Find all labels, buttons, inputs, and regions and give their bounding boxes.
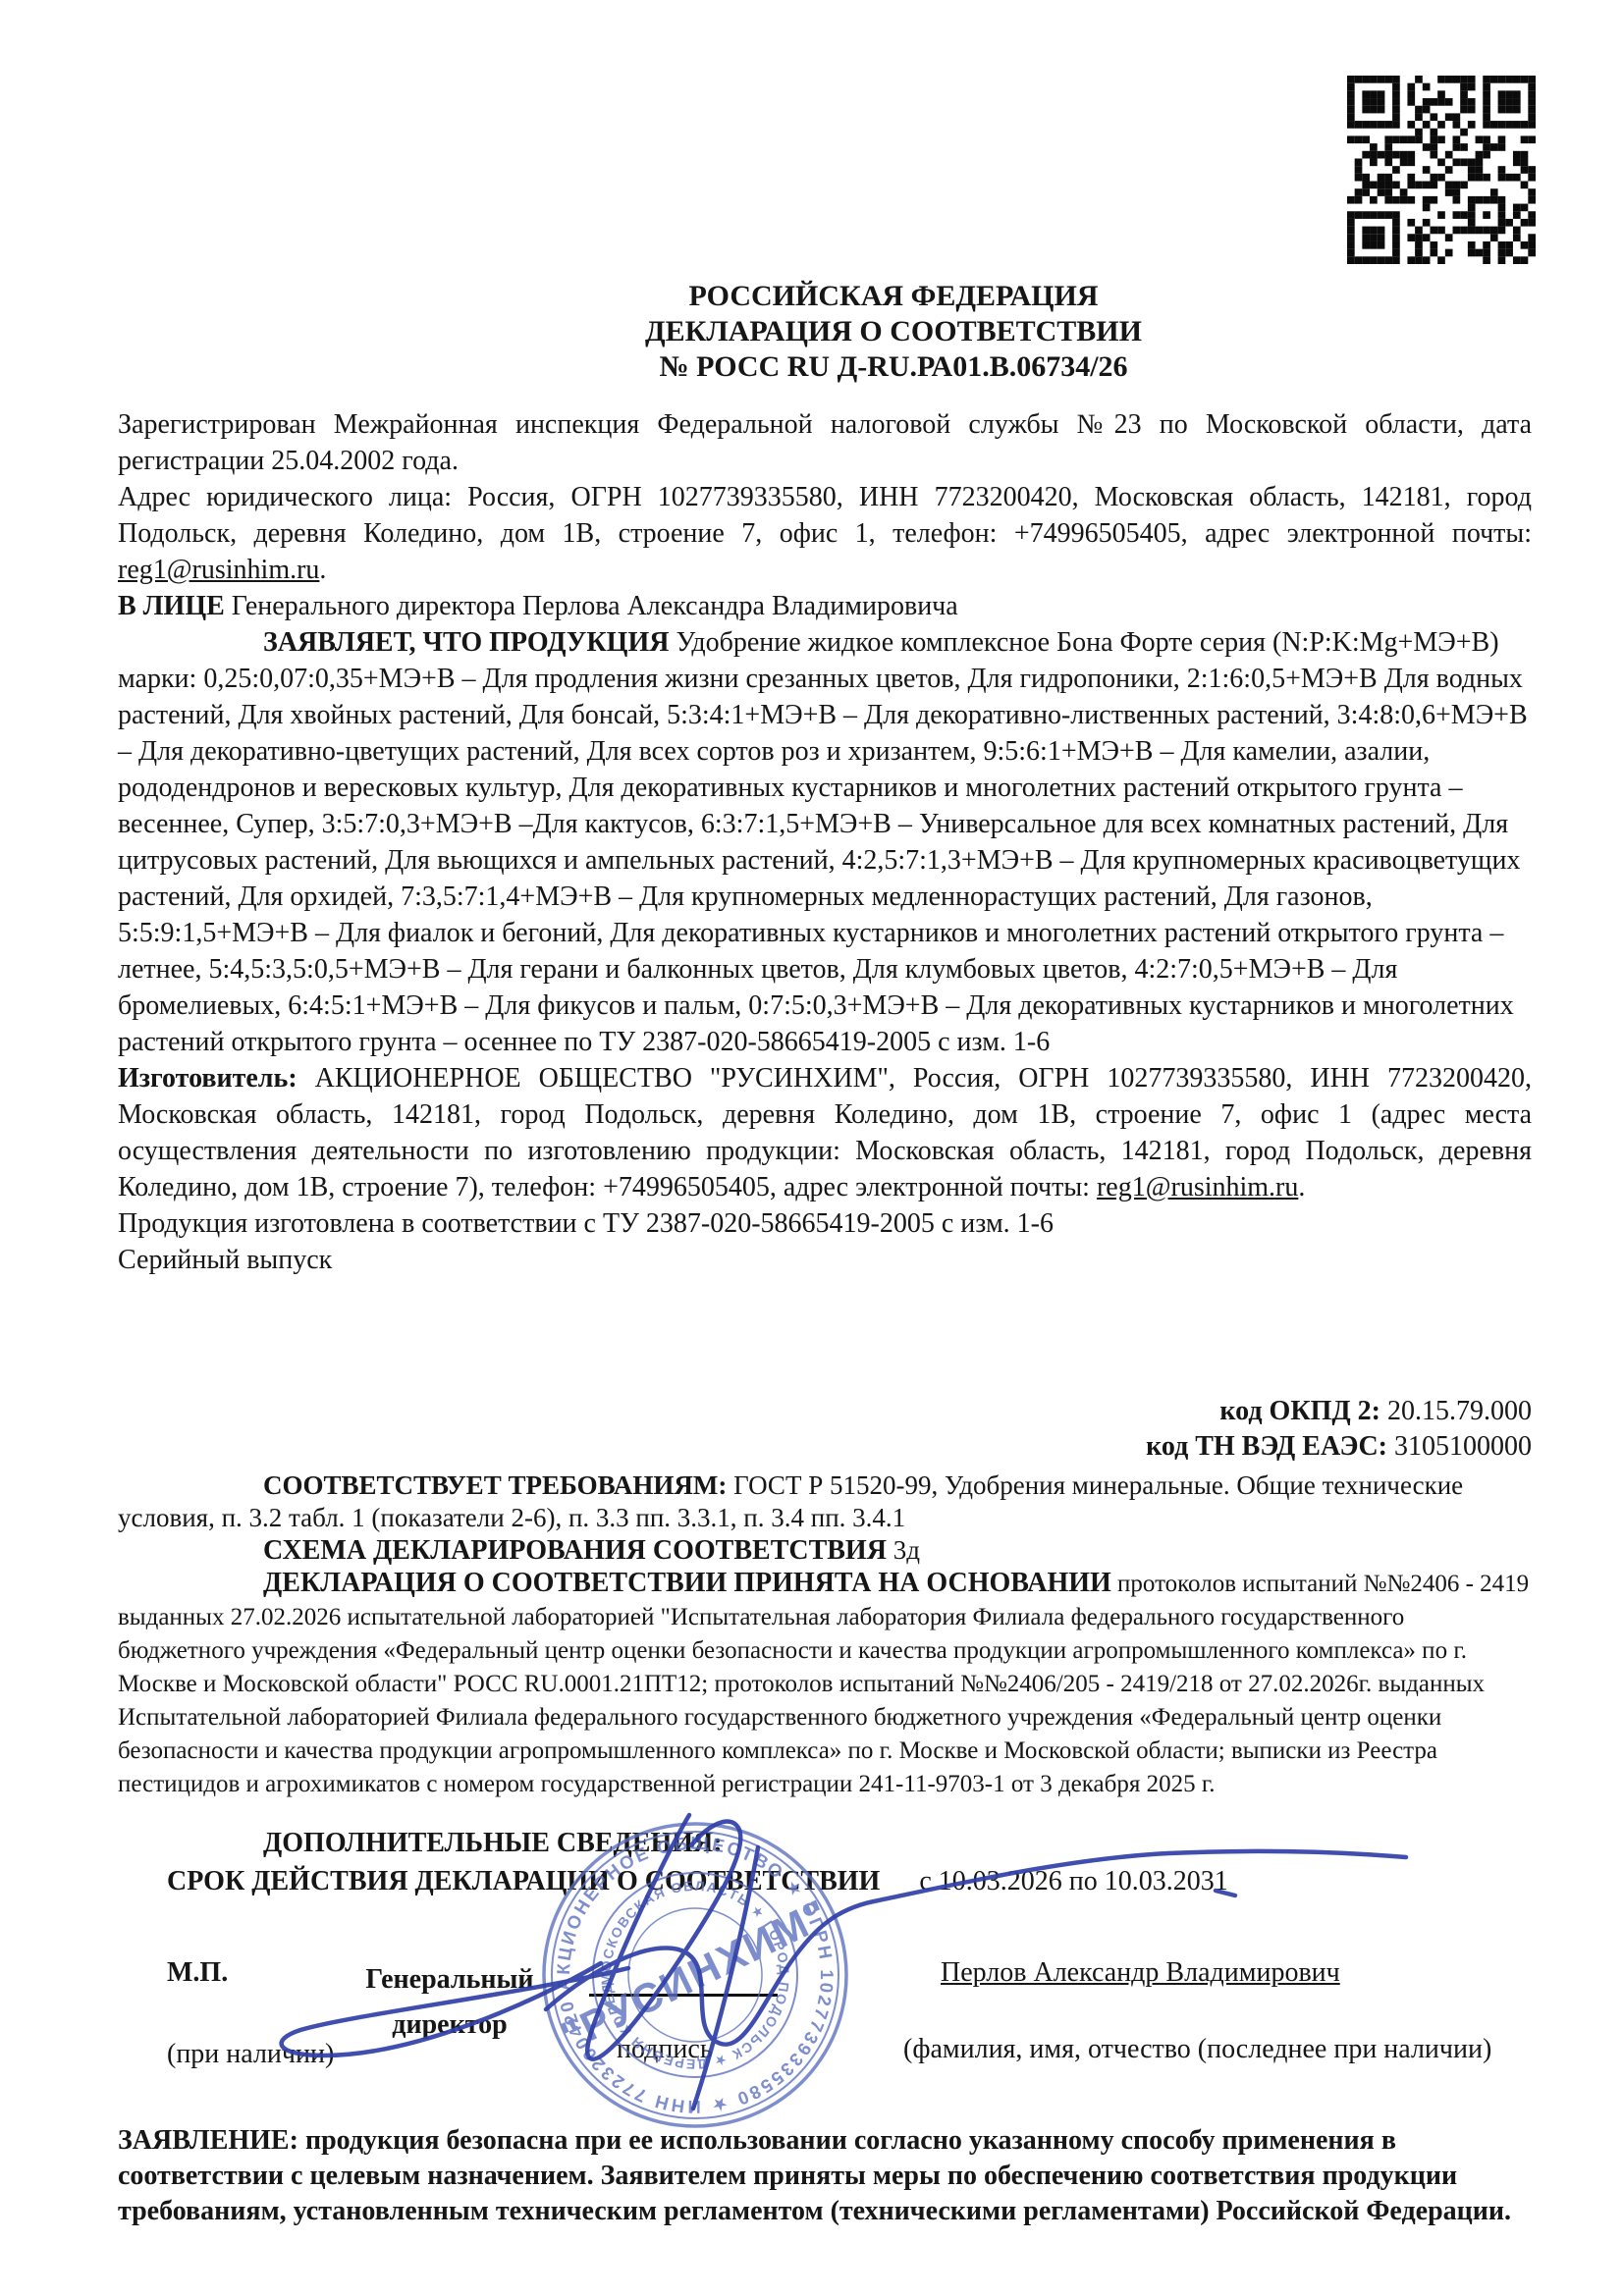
title-doc-type: ДЕКЛАРАЦИЯ О СООТВЕТСТВИИ [187,314,1600,349]
in-person-paragraph: В ЛИЦЕ Генерального директора Перлова Ал… [118,588,1532,624]
serial-paragraph: Серийный выпуск [118,1242,1532,1278]
in-person-text: Генерального директора Перлова Александр… [225,591,958,621]
seal-note: (при наличии) [167,2034,383,2075]
svg-text:АКЦИОНЕРНОЕ ОБЩЕСТВО ★ ОГРН 10: АКЦИОНЕРНОЕ ОБЩЕСТВО ★ ОГРН 102773933558… [534,1814,856,2136]
manufacturer-email-link: reg1@rusinhim.ru [1097,1172,1298,1202]
document-page: РОССИЙСКАЯ ФЕДЕРАЦИЯ ДЕКЛАРАЦИЯ О СООТВЕ… [0,0,1623,2296]
qr-code-image [1347,76,1536,264]
manufacturer-label: Изготовитель: [118,1063,298,1094]
in-person-label: В ЛИЦЕ [118,591,225,621]
okpd-label: код ОКПД 2: [1219,1396,1380,1426]
signature-line [589,1994,778,1997]
conformity-label: СООТВЕТСТВУЕТ ТРЕБОВАНИЯМ: [263,1470,727,1500]
basis-label: ДЕКЛАРАЦИЯ О СООТВЕТСТВИИ ПРИНЯТА НА ОСН… [263,1568,1111,1598]
tnved-code-line: код ТН ВЭД ЕАЭС: 3105100000 [118,1429,1532,1465]
okpd-value: 20.15.79.000 [1380,1396,1532,1426]
scheme-value: 3д [887,1535,920,1565]
statement-label: ЗАЯВЛЕНИЕ: [118,2125,298,2156]
codes-block: код ОКПД 2: 20.15.79.000 код ТН ВЭД ЕАЭС… [118,1394,1532,1465]
tnved-label: код ТН ВЭД ЕАЭС: [1146,1431,1387,1462]
declares-paragraph: ЗАЯВЛЯЕТ, ЧТО ПРОДУКЦИЯ Удобрение жидкое… [118,624,1532,1060]
basis-text: протоколов испытаний №№2406 - 2419 выдан… [118,1571,1529,1797]
declares-text: Удобрение жидкое комплексное Бона Форте … [118,627,1528,1057]
made-per-paragraph: Продукция изготовлена в соответствии с Т… [118,1205,1532,1242]
additional-info-label: ДОПОЛНИТЕЛЬНЫЕ СВЕДЕНИЯ: [263,1828,723,1859]
requirements-section: СООТВЕТСТВУЕТ ТРЕБОВАНИЯМ: ГОСТ Р 51520-… [118,1469,1532,1800]
legal-address-text: Адрес юридического лица: Россия, ОГРН 10… [118,482,1532,549]
period: . [1298,1172,1305,1202]
manufacturer-text: АКЦИОНЕРНОЕ ОБЩЕСТВО "РУСИНХИМ", Россия,… [118,1063,1532,1202]
manufacturer-paragraph: Изготовитель: АКЦИОНЕРНОЕ ОБЩЕСТВО "РУСИ… [118,1060,1532,1205]
document-body: Зарегистрирован Межрайонная инспекция Фе… [118,406,1532,1278]
validity-dates: с 10.03.2026 по 10.03.2031 [919,1866,1227,1896]
name-caption: (фамилия, имя, отчество (последнее при н… [903,2034,1491,2065]
validity-line: СРОК ДЕЙСТВИЯ ДЕКЛАРАЦИИ О СООТВЕТСТВИИс… [167,1866,1228,1897]
scheme-label: СХЕМА ДЕКЛАРИРОВАНИЯ СООТВЕТСТВИЯ [263,1535,887,1566]
signature-caption: подпись [617,2034,713,2065]
stamp-outer-circle-2 [533,1813,857,2137]
tnved-value: 3105100000 [1387,1431,1532,1462]
seal-place-label: М.П. [167,1957,228,1989]
scheme-paragraph: СХЕМА ДЕКЛАРИРОВАНИЯ СООТВЕТСТВИЯ 3д [118,1534,1532,1567]
period: . [319,555,326,585]
statement-text: продукция безопасна при ее использовании… [118,2125,1511,2226]
title-number: № РОСС RU Д-RU.РА01.В.06734/26 [187,349,1600,385]
okpd-code-line: код ОКПД 2: 20.15.79.000 [118,1394,1532,1429]
statement-paragraph: ЗАЯВЛЕНИЕ: продукция безопасна при ее ис… [118,2123,1540,2229]
stamp-outer-ring-text: АКЦИОНЕРНОЕ ОБЩЕСТВО ★ ОГРН 102773933558… [534,1814,856,2136]
title-country: РОССИЙСКАЯ ФЕДЕРАЦИЯ [187,279,1600,314]
stamp-inner-circle [620,1899,771,2051]
qr-code [1347,76,1536,264]
email-link: reg1@rusinhim.ru [118,555,319,585]
validity-label: СРОК ДЕЙСТВИЯ ДЕКЛАРАЦИИ О СООТВЕТСТВИИ [167,1866,880,1896]
document-title: РОССИЙСКАЯ ФЕДЕРАЦИЯ ДЕКЛАРАЦИЯ О СООТВЕ… [118,279,1600,385]
basis-paragraph: ДЕКЛАРАЦИЯ О СООТВЕТСТВИИ ПРИНЯТА НА ОСН… [118,1567,1532,1800]
registration-paragraph: Зарегистрирован Межрайонная инспекция Фе… [118,406,1532,479]
legal-address-paragraph: Адрес юридического лица: Россия, ОГРН 10… [118,479,1532,588]
conformity-paragraph: СООТВЕТСТВУЕТ ТРЕБОВАНИЯМ: ГОСТ Р 51520-… [118,1469,1532,1534]
signer-name: Перлов Александр Владимирович [941,1957,1340,1989]
declares-label: ЗАЯВЛЯЕТ, ЧТО ПРОДУКЦИЯ [263,627,669,658]
